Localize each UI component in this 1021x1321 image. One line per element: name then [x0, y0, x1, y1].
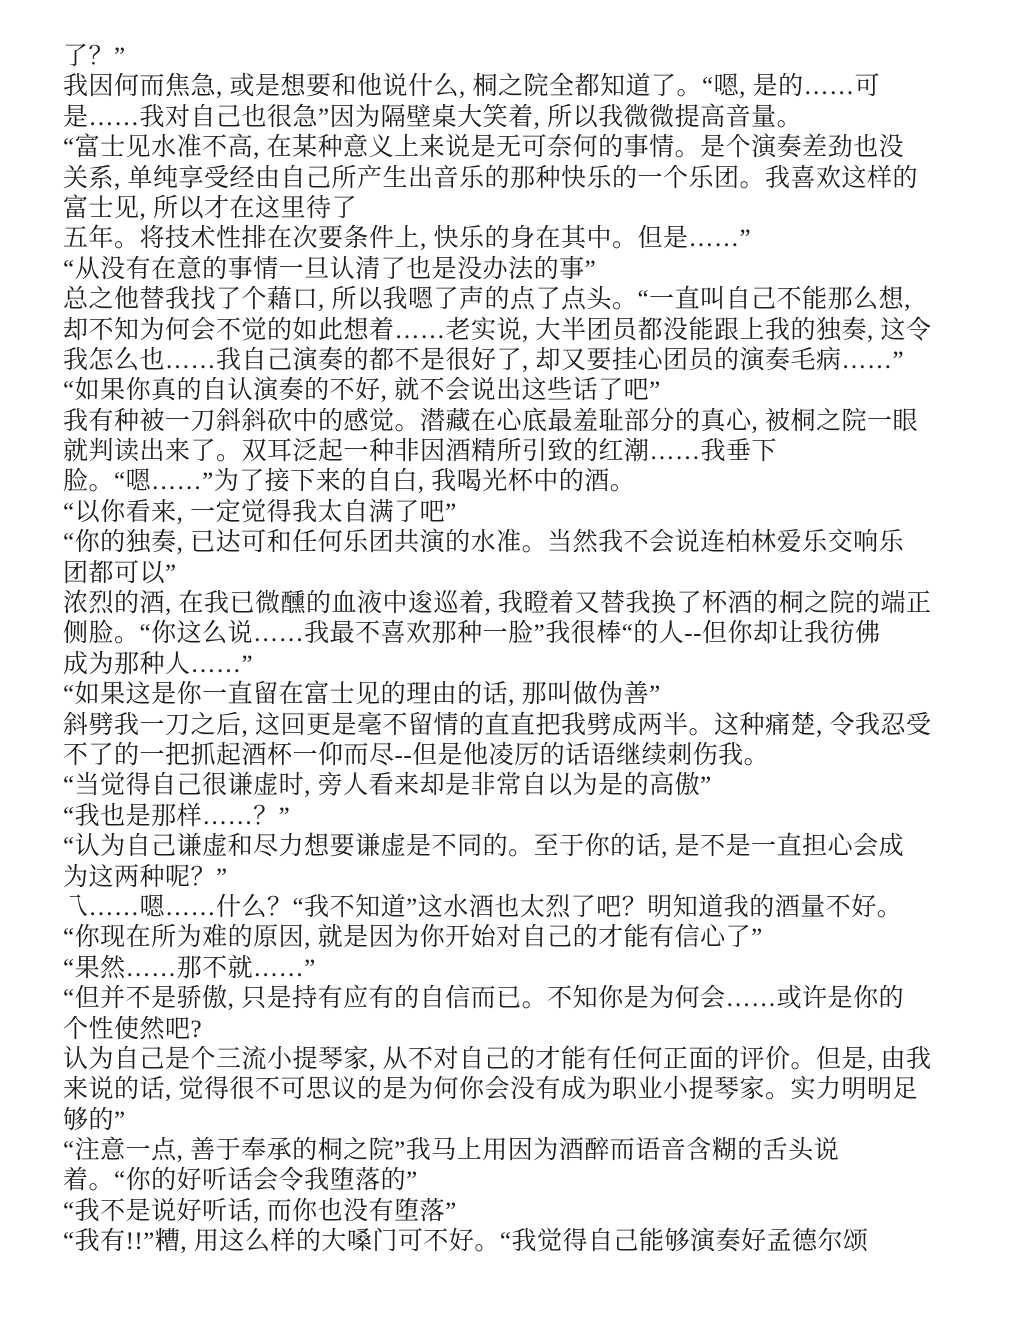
text-line: “以你看来, 一定觉得我太自满了吧” — [63, 498, 971, 528]
text-line: 不了的一把抓起酒杯一仰而尽--但是他凌厉的话语继续刺伤我。 — [63, 741, 971, 771]
text-line: “认为自己谦虚和尽力想要谦虚是不同的。至于你的话, 是不是一直担心会成 — [63, 832, 971, 862]
text-line: 团都可以” — [63, 559, 971, 589]
text-line: “你的独奏, 已达可和任何乐团共演的水准。当然我不会说连柏林爱乐交响乐 — [63, 528, 971, 558]
text-line: 认为自己是个三流小提琴家, 从不对自己的才能有任何正面的评价。但是, 由我 — [63, 1045, 971, 1075]
text-line: “你现在所为难的原因, 就是因为你开始对自己的才能有信心了” — [63, 923, 971, 953]
text-line: “当觉得自己很谦虚时, 旁人看来却是非常自以为是的高傲” — [63, 771, 971, 801]
text-line: “从没有在意的事情一旦认清了也是没办法的事” — [63, 255, 971, 285]
text-line: “富士见水准不高, 在某种意义上来说是无可奈何的事情。是个演奏差劲也没 — [63, 133, 971, 163]
text-line: 总之他替我找了个藉口, 所以我嗯了声的点了点头。“一直叫自己不能那么想, — [63, 285, 971, 315]
text-line: 关系, 单纯享受经由自己所产生出音乐的那种快乐的一个乐团。我喜欢这样的 — [63, 164, 971, 194]
text-line: 我因何而焦急, 或是想要和他说什么, 桐之院全都知道了。“嗯, 是的……可 — [63, 72, 971, 102]
text-line: 为这两种呢？” — [63, 863, 971, 893]
page-text: 了？”我因何而焦急, 或是想要和他说什么, 桐之院全都知道了。“嗯, 是的……可… — [63, 42, 971, 1258]
text-line: 乁……嗯……什么？“我不知道”这水酒也太烈了吧？明知道我的酒量不好。 — [63, 893, 971, 923]
text-line: 我有种被一刀斜斜砍中的感觉。潜藏在心底最羞耻部分的真心, 被桐之院一眼 — [63, 407, 971, 437]
text-line: 够的” — [63, 1106, 971, 1136]
text-line: “我不是说好听话, 而你也没有堕落” — [63, 1197, 971, 1227]
text-line: “如果你真的自认演奏的不好, 就不会说出这些话了吧” — [63, 376, 971, 406]
text-line: 富士见, 所以才在这里待了 — [63, 194, 971, 224]
text-line: 个性使然吧? — [63, 1015, 971, 1045]
text-line: “如果这是你一直留在富士见的理由的话, 那叫做伪善” — [63, 680, 971, 710]
text-line: 浓烈的酒, 在我已微醺的血液中逡巡着, 我瞪着又替我换了杯酒的桐之院的端正 — [63, 589, 971, 619]
text-line: “但并不是骄傲, 只是持有应有的自信而已。不知你是为何会……或许是你的 — [63, 984, 971, 1014]
text-line: 我怎么也……我自己演奏的都不是很好了, 却又要挂心团员的演奏毛病……” — [63, 346, 971, 376]
text-line: 着。“你的好听话会令我堕落的” — [63, 1166, 971, 1196]
text-line: 五年。将技术性排在次要条件上, 快乐的身在其中。但是……” — [63, 224, 971, 254]
text-line: “果然……那不就……” — [63, 954, 971, 984]
text-line: “我也是那样……？” — [63, 802, 971, 832]
text-line: 却不知为何会不觉的如此想着……老实说, 大半团员都没能跟上我的独奏, 这令 — [63, 316, 971, 346]
text-line: 斜劈我一刀之后, 这回更是毫不留情的直直把我劈成两半。这种痛楚, 令我忍受 — [63, 711, 971, 741]
text-line: 了？” — [63, 42, 971, 72]
text-line: “注意一点, 善于奉承的桐之院”我马上用因为酒醉而语音含糊的舌头说 — [63, 1136, 971, 1166]
text-line: 脸。“嗯……”为了接下来的自白, 我喝光杯中的酒。 — [63, 467, 971, 497]
text-line: 成为那种人……” — [63, 650, 971, 680]
text-line: 侧脸。“你这么说……我最不喜欢那种一脸”我很棒“的人--但你却让我彷佛 — [63, 619, 971, 649]
text-line: 来说的话, 觉得很不可思议的是为何你会没有成为职业小提琴家。实力明明足 — [63, 1075, 971, 1105]
text-line: “我有!!”糟, 用这么样的大嗓门可不好。“我觉得自己能够演奏好孟德尔颂 — [63, 1227, 971, 1257]
text-line: 就判读出来了。双耳泛起一种非因酒精所引致的红潮……我垂下 — [63, 437, 971, 467]
novel-page: 了？”我因何而焦急, 或是想要和他说什么, 桐之院全都知道了。“嗯, 是的……可… — [0, 0, 1021, 1321]
text-line: 是……我对自己也很急”因为隔壁桌大笑着, 所以我微微提高音量。 — [63, 103, 971, 133]
